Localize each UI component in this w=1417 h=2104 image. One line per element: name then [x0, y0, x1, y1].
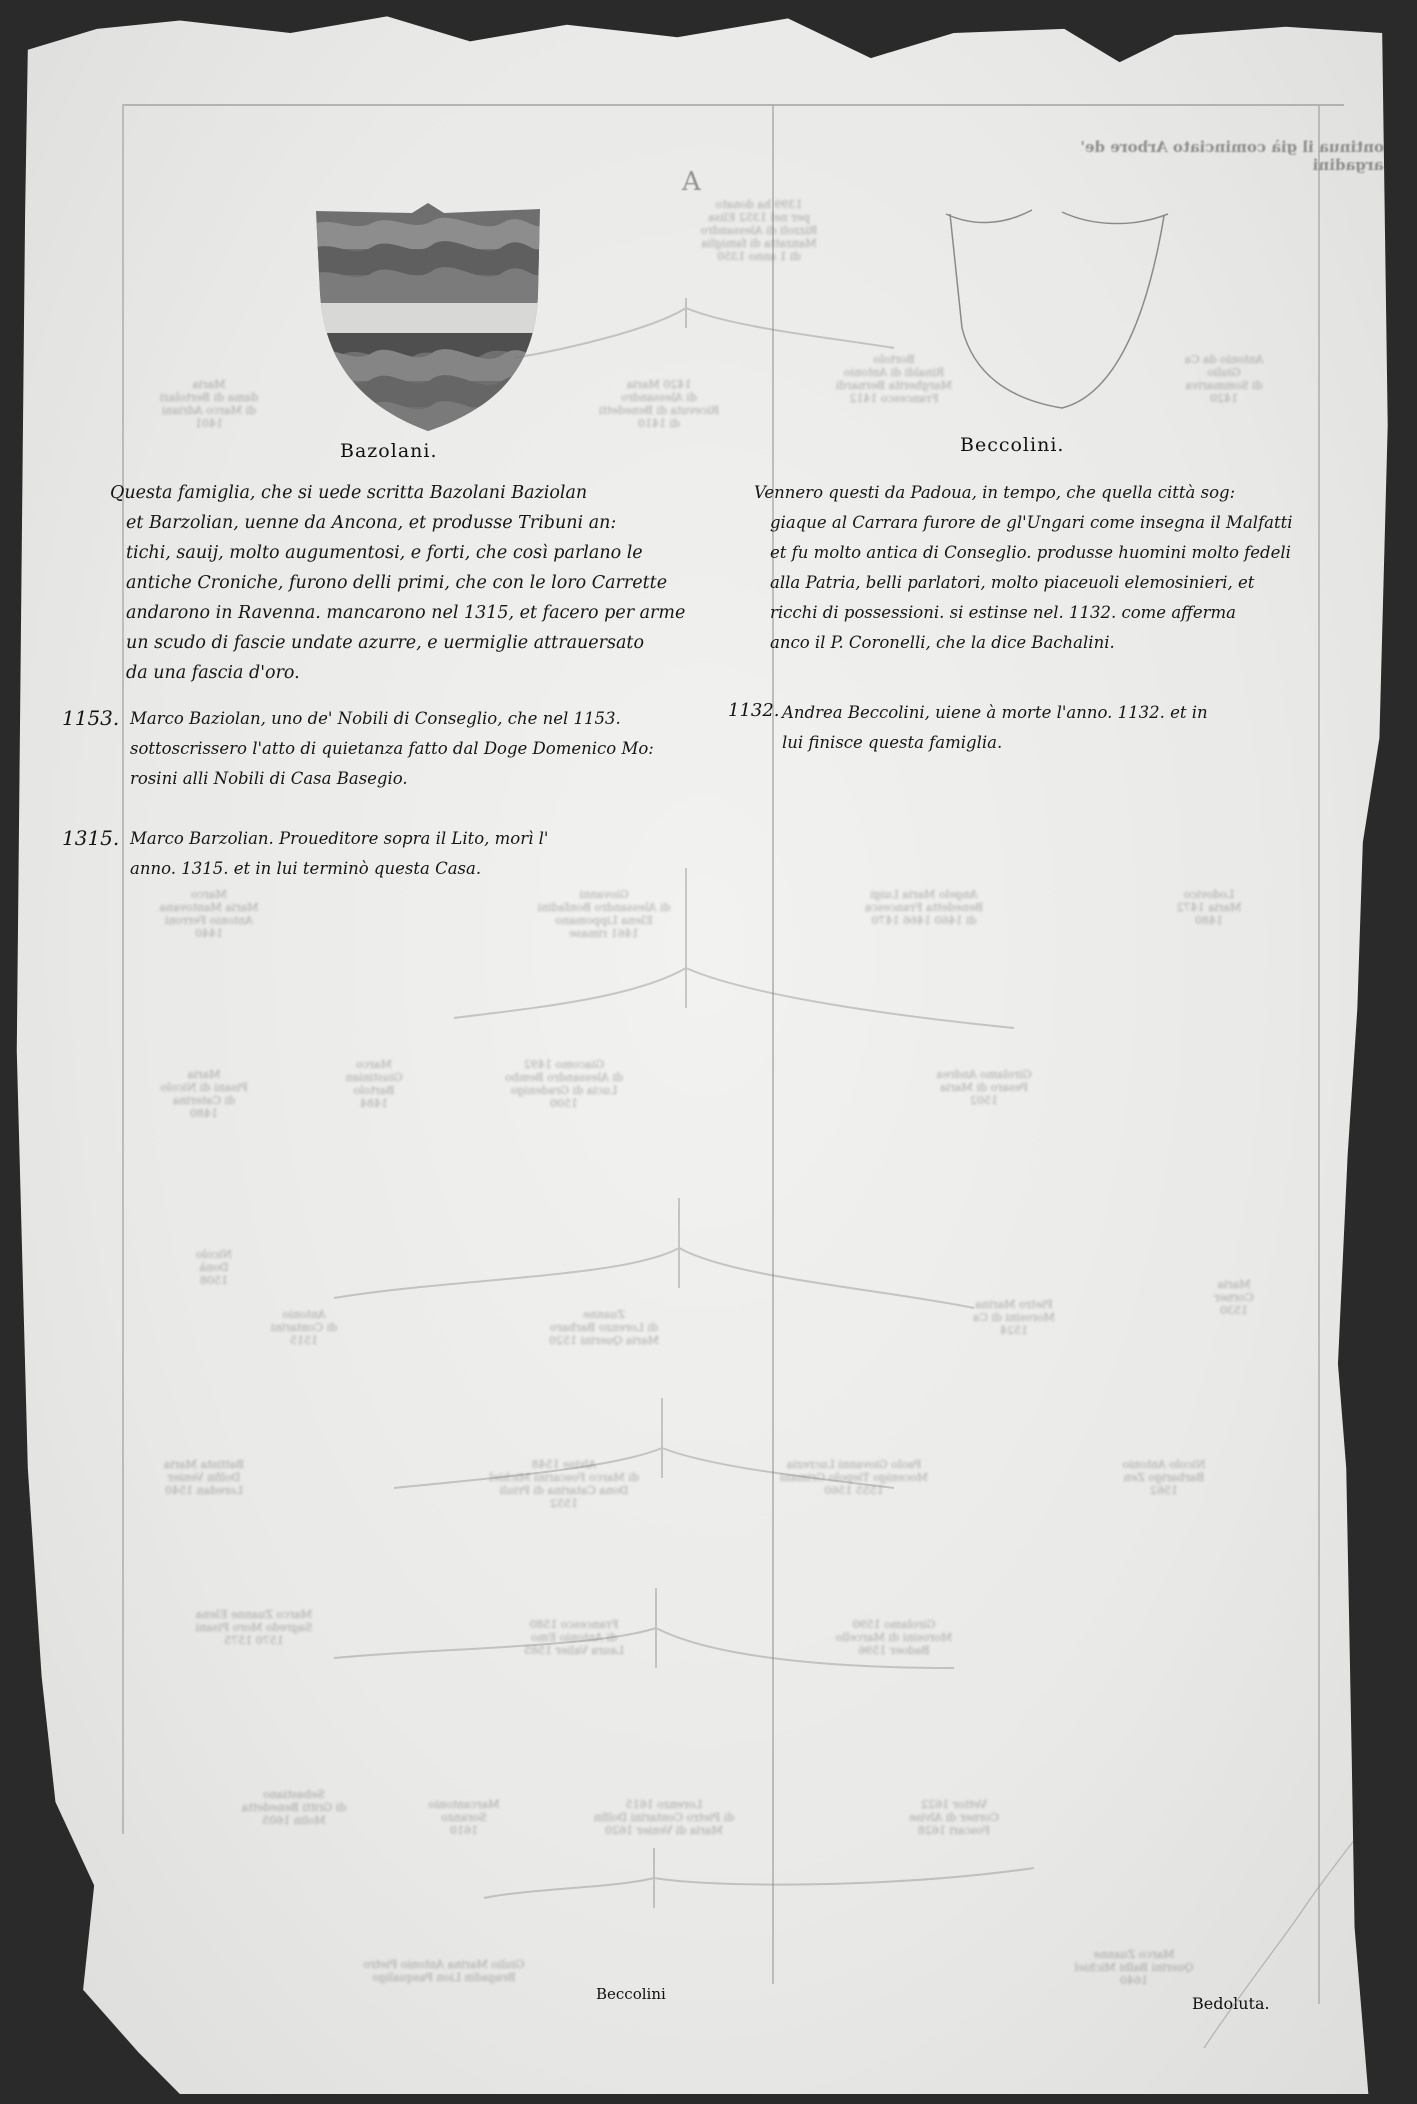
entry-year: 1132.: [728, 700, 780, 721]
description-line: andarono in Ravenna. mancarono nel 1315,…: [110, 598, 770, 628]
entry-year: 1315.: [62, 826, 119, 850]
beccolini-description: Vennero questi da Padoua, in tempo, che …: [754, 478, 1344, 658]
ghost-node: Girolamo 1590Morosini di MarcelloBadoer …: [794, 1618, 994, 1657]
ghost-node: Sebastianodi Gritti BenedettaMolin 1605: [214, 1788, 374, 1827]
description-line: et Barzolian, uenne da Ancona, et produs…: [110, 508, 770, 538]
description-line: da una fascia d'oro.: [110, 658, 770, 688]
description-line: anco il P. Coronelli, che la dice Bachal…: [754, 628, 1344, 658]
entry-year: 1153.: [62, 706, 119, 730]
entry-line: Marco Barzolian. Proueditore sopra il Li…: [130, 824, 730, 854]
ghost-node: Marco Zuanne ElenaSagredo Moro Pisani157…: [144, 1608, 364, 1647]
ghost-node: NicoloDonà1508: [154, 1248, 274, 1287]
ghost-node: Battista MariaDolfin VenierLoredan 1540: [114, 1458, 294, 1497]
ghost-node: Angelo Maria LuigiBenedetta Francescadi …: [814, 888, 1034, 927]
manuscript-page: Continua il già cominciato Arbore de' Ba…: [14, 8, 1396, 2094]
ghost-node: Vettor 1622Corner di AlviseFoscari 1628: [854, 1798, 1054, 1837]
ghost-node: Lorenzo 1615di Pietro Contarini DolfinMa…: [554, 1798, 774, 1837]
ghost-node: 1399 ha donatoper nel 1352 ElisaRizzoli …: [694, 198, 824, 263]
ghost-node: Zuannedi Lorenzo BarbaroMaria Querini 15…: [504, 1308, 704, 1347]
ghost-node: Paolo Giovanni LucreziaMocenigo Tiepolo …: [734, 1458, 974, 1497]
description-line: et fu molto antica di Conseglio. produss…: [754, 538, 1344, 568]
entry-line: rosini alli Nobili di Casa Basegio.: [130, 764, 770, 794]
ghost-node: Giacomo 1492di Alessandro BemboLucia di …: [474, 1058, 654, 1110]
ghost-node: Pietro MarinaMorosini di Ca1524: [914, 1298, 1114, 1337]
entry-line: sottoscrissero l'atto di quietanza fatto…: [130, 734, 770, 764]
bazolani-description: Questa famiglia, che si uede scritta Baz…: [110, 478, 770, 688]
ghost-node: MarcantonioSoranzo1610: [394, 1798, 534, 1837]
description-line: un scudo di fascie undate azurre, e uerm…: [110, 628, 770, 658]
description-line: Vennero questi da Padoua, in tempo, che …: [754, 478, 1344, 508]
catchword-center: Beccolini: [596, 1985, 666, 2003]
description-line: alla Patria, belli parlatori, molto piac…: [754, 568, 1344, 598]
ghost-node: Francesco 1580di Antonio EmoLaura Valier…: [474, 1618, 674, 1657]
description-line: Questa famiglia, che si uede scritta Baz…: [110, 478, 770, 508]
bleed-through-family-tree: [14, 8, 1396, 2094]
description-line: tichi, sauij, molto augumentosi, e forti…: [110, 538, 770, 568]
ghost-node: Alvise 1548di Marco Foscarini MichielDon…: [454, 1458, 674, 1510]
entry-line: Marco Baziolan, uno de' Nobili di Conseg…: [130, 704, 770, 734]
ghost-node: MarcoGiustinianBartolo1484: [314, 1058, 434, 1110]
ghost-node: MariaPisani di Nicolodi Caterina1480: [134, 1068, 274, 1120]
ghost-node: Antoniodi Contarini1515: [234, 1308, 374, 1347]
ghost-node: Nicolo AntonioBarbarigo Zen1562: [1074, 1458, 1254, 1497]
ghost-node: Girolamo AndreaPesaro di Maria1502: [894, 1068, 1074, 1107]
description-line: giaque al Carrara furore de gl'Ungari co…: [754, 508, 1344, 538]
ghost-node: MariaCorner1530: [1174, 1278, 1294, 1317]
beccolini-entry-1132: Andrea Beccolini, uiene à morte l'anno. …: [782, 698, 1342, 758]
ghost-node: Giovannidi Alessandro BonfadiniElena Lip…: [514, 888, 694, 940]
ghost-node: LodovicoMaria 14721480: [1134, 888, 1284, 927]
description-line: antiche Croniche, furono delli primi, ch…: [110, 568, 770, 598]
ghost-node: Antonio da CaGiuliodi Sommariva1420: [1154, 353, 1294, 405]
ghost-node: 1420 Mariadi AlessandroRicevuta di Bened…: [574, 378, 744, 430]
entry-line: Andrea Beccolini, uiene à morte l'anno. …: [782, 698, 1342, 728]
ghost-node: Mariadama di Bertolazidi Marco Adriani14…: [134, 378, 284, 430]
ghost-node: MarcoMaria MantovanaAntonio Ferroni1440: [134, 888, 284, 940]
entry-line: lui finisce questa famiglia.: [782, 728, 1342, 758]
paper-crease: [1064, 1788, 1404, 2088]
ghost-node: Giulio Marina Antonio PietroBragadin Lio…: [314, 1958, 574, 1984]
entry-line: anno. 1315. et in lui terminò questa Cas…: [130, 854, 730, 884]
bazolani-entry-1315: Marco Barzolian. Proueditore sopra il Li…: [130, 824, 730, 884]
ghost-node: BortoloRinaldi di AntonioMargherita Bern…: [804, 353, 984, 405]
description-line: ricchi di possessioni. si estinse nel. 1…: [754, 598, 1344, 628]
bazolani-entry-1153: Marco Baziolan, uno de' Nobili di Conseg…: [130, 704, 770, 794]
